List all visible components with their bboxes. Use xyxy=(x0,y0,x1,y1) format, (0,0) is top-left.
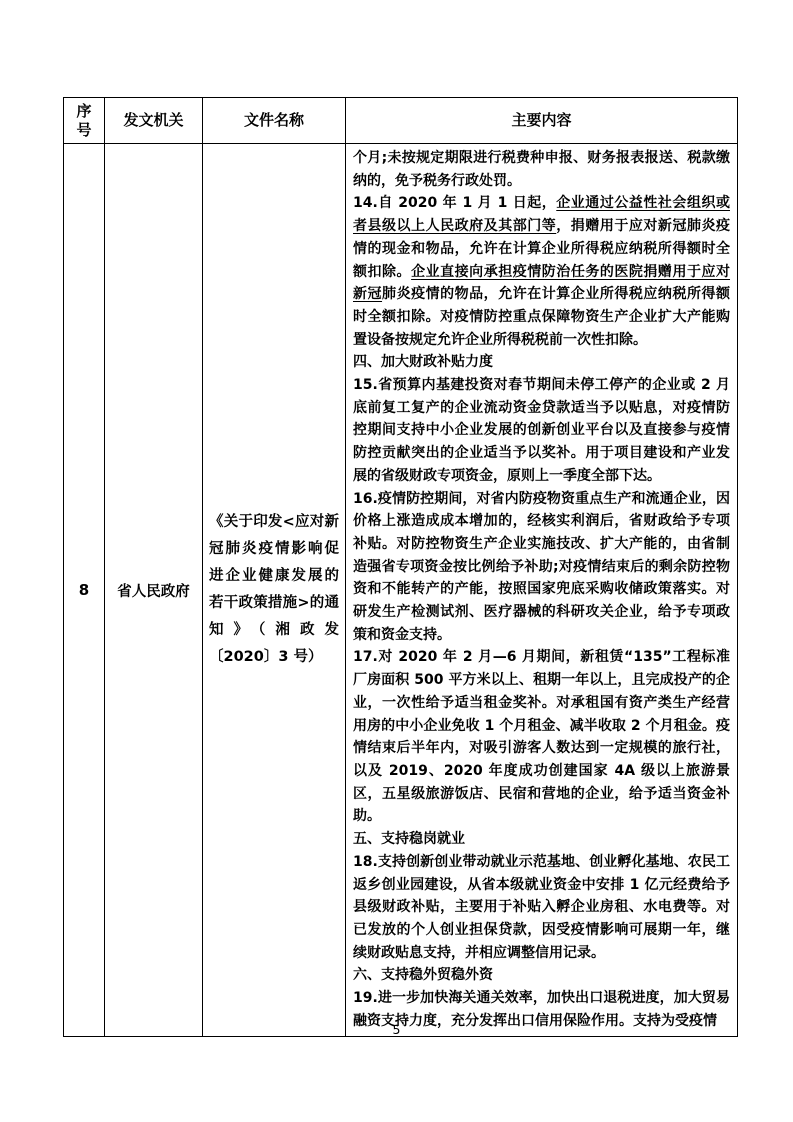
table-row: 8 省人民政府 《关于印发<应对新冠肺炎疫情影响促进企业健康发展的若干政策措施>… xyxy=(64,144,738,1037)
content-paragraph: 五、支持稳岗就业 xyxy=(353,828,730,851)
page-number: 5 xyxy=(0,1022,793,1037)
content-text: 15.省预算内基建投资对春节期间未停工停产的企业或 2 月底前复工复产的企业流动… xyxy=(353,377,730,484)
content-text: 五、支持稳岗就业 xyxy=(353,831,465,847)
content-text: 肺炎疫情的物品，允许在计算企业所得税应纳税所得额时全额扣除。对疫情防控重点保障物… xyxy=(353,286,730,347)
main-content-text: 个月;未按规定期限进行税费种申报、财务报表报送、税款缴纳的，免予税务行政处罚。1… xyxy=(353,147,730,1032)
content-text: 14.自 2020 年 1 月 1 日起， xyxy=(353,195,556,211)
header-main-content: 主要内容 xyxy=(346,98,738,144)
header-document-name: 文件名称 xyxy=(203,98,346,144)
header-issuing-agency: 发文机关 xyxy=(105,98,203,144)
content-text: 17.对 2020 年 2 月—6 月期间，新租赁“135”工程标准厂房面积 5… xyxy=(353,649,730,824)
content-paragraph: 18.支持创新创业带动就业示范基地、创业孵化基地、农民工返乡创业园建设，从省本级… xyxy=(353,851,730,965)
content-paragraph: 16.疫情防控期间，对省内防疫物资重点生产和流通企业，因价格上涨造成成本增加的，… xyxy=(353,488,730,647)
header-document-name-label: 文件名称 xyxy=(244,111,304,129)
table-header-row: 序号 发文机关 文件名称 主要内容 xyxy=(64,98,738,144)
policy-document-table: 序号 发文机关 文件名称 主要内容 8 省人民政府 《关于印发<应对新冠肺炎疫情… xyxy=(63,97,738,1037)
content-paragraph: 15.省预算内基建投资对春节期间未停工停产的企业或 2 月底前复工复产的企业流动… xyxy=(353,374,730,488)
header-serial-number: 序号 xyxy=(64,98,105,144)
content-paragraph: 四、加大财政补贴力度 xyxy=(353,351,730,374)
content-paragraph: 六、支持稳外贸稳外资 xyxy=(353,964,730,987)
issuing-agency-cell: 省人民政府 xyxy=(105,144,203,1037)
content-text: 四、加大财政补贴力度 xyxy=(353,354,493,370)
content-text: 18.支持创新创业带动就业示范基地、创业孵化基地、农民工返乡创业园建设，从省本级… xyxy=(353,854,730,961)
main-content-cell: 个月;未按规定期限进行税费种申报、财务报表报送、税款缴纳的，免予税务行政处罚。1… xyxy=(346,144,738,1037)
content-text: 16.疫情防控期间，对省内防疫物资重点生产和流通企业，因价格上涨造成成本增加的，… xyxy=(353,491,730,643)
content-paragraph: 14.自 2020 年 1 月 1 日起，企业通过公益性社会组织或者县级以上人民… xyxy=(353,192,730,351)
header-serial-number-label: 序号 xyxy=(76,102,93,140)
content-paragraph: 个月;未按规定期限进行税费种申报、财务报表报送、税款缴纳的，免予税务行政处罚。 xyxy=(353,147,730,192)
document-name-cell: 《关于印发<应对新冠肺炎疫情影响促进企业健康发展的若干政策措施>的通知》（湘政发… xyxy=(203,144,346,1037)
header-issuing-agency-label: 发文机关 xyxy=(123,111,183,129)
serial-number-cell: 8 xyxy=(64,144,105,1037)
header-main-content-label: 主要内容 xyxy=(511,111,571,129)
content-paragraph: 17.对 2020 年 2 月—6 月期间，新租赁“135”工程标准厂房面积 5… xyxy=(353,646,730,828)
content-text: 个月;未按规定期限进行税费种申报、财务报表报送、税款缴纳的，免予税务行政处罚。 xyxy=(353,150,730,189)
content-text: 六、支持稳外贸稳外资 xyxy=(353,967,493,983)
